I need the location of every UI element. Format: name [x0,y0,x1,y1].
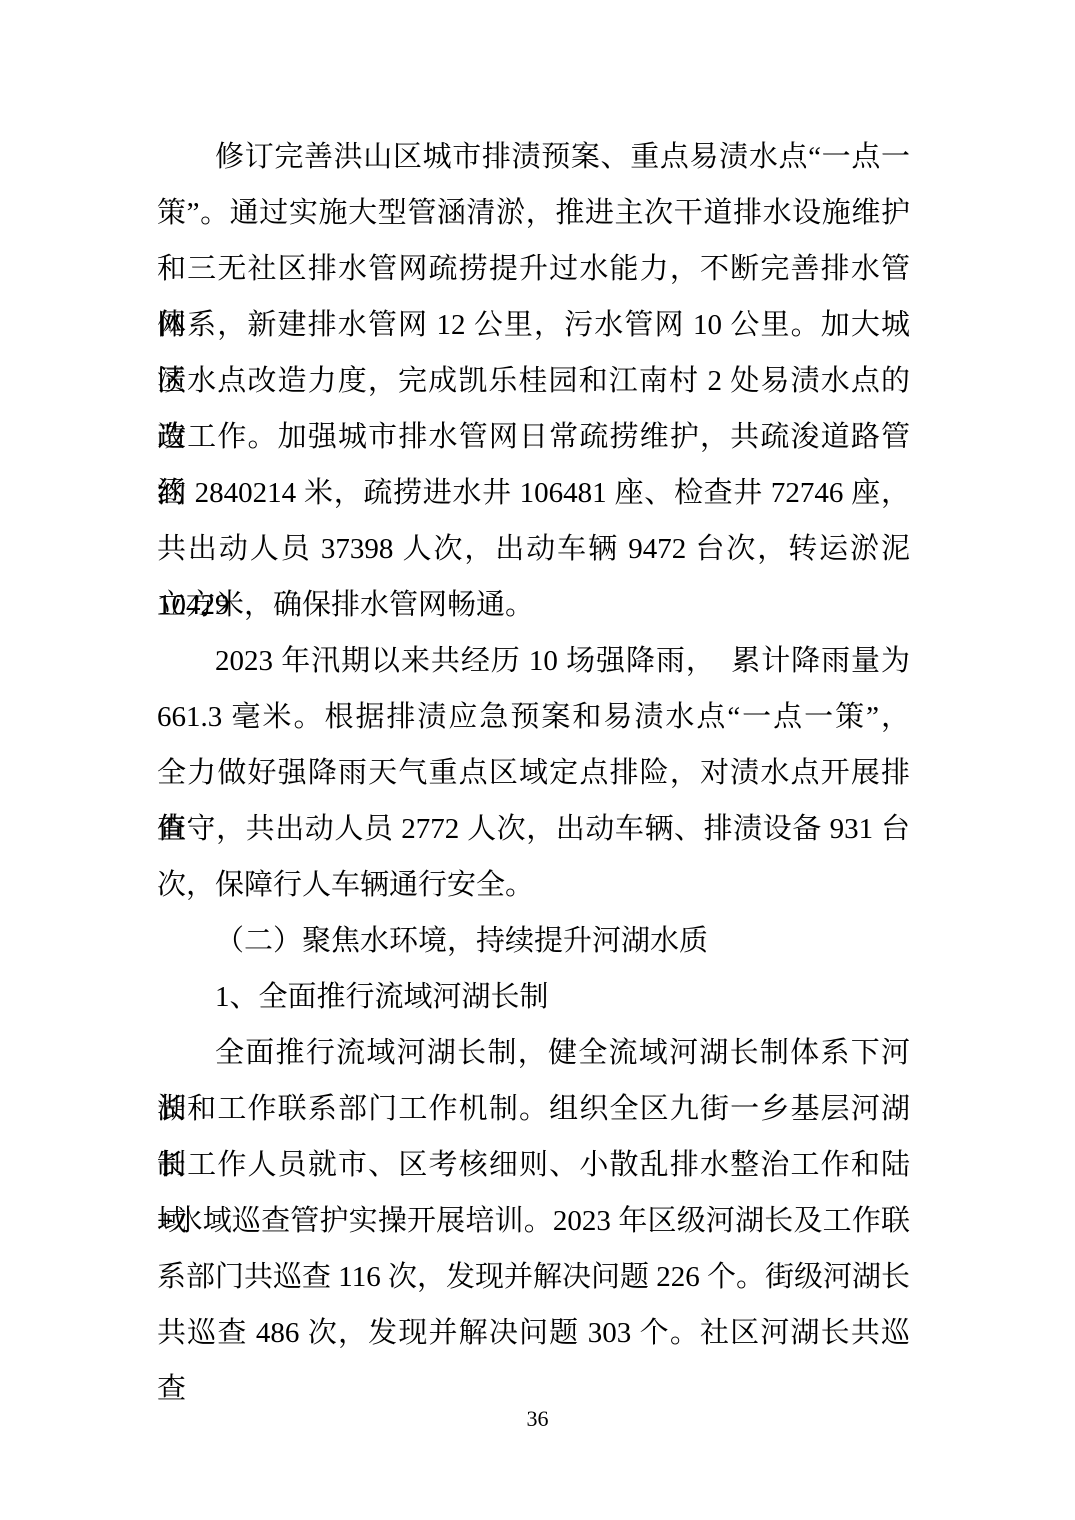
body-text-line: 次，保障行人车辆通行安全。 [157,857,910,913]
section-heading: （二）聚焦水环境，持续提升河湖水质 [157,913,910,969]
body-text-line: 系部门共巡查 116 次，发现并解决问题 226 个。街级河湖长 [157,1249,910,1305]
body-text-line: 值守，共出动人员 2772 人次，出动车辆、排渍设备 931 台 [157,801,910,857]
body-text-line: 全力做好强降雨天气重点区域定点排险，对渍水点开展排查 [157,745,910,801]
body-text-line: 造工作。加强城市排水管网日常疏捞维护，共疏浚道路管涵 [157,409,910,465]
body-text-line: 渍水点改造力度，完成凯乐桂园和江南村 2 处易渍水点的改 [157,353,910,409]
body-text-line: 和三无社区排水管网疏捞提升过水能力，不断完善排水管网 [157,241,910,297]
body-text-line: +水域巡查管护实操开展培训。2023 年区级河湖长及工作联 [157,1193,910,1249]
body-text-line: 体系，新建排水管网 12 公里，污水管网 10 公里。加大城区 [157,297,910,353]
body-text-line: 共出动人员 37398 人次，出动车辆 9472 台次，转运淤泥 10429 [157,521,910,577]
body-text-line: 制工作人员就市、区考核细则、小散乱排水整治工作和陆域 [157,1137,910,1193]
subsection-heading: 1、全面推行流域河湖长制 [157,969,910,1025]
body-text-line: 全面推行流域河湖长制，健全流域河湖长制体系下河湖 [157,1025,910,1081]
body-text-line: 共巡查 486 次，发现并解决问题 303 个。社区河湖长共巡查 [157,1305,910,1361]
body-text-line: 2023 年汛期以来共经历 10 场强降雨， 累计降雨量为 [157,633,910,689]
page-number: 36 [0,1405,1075,1433]
body-text-line: 立方米，确保排水管网畅通。 [157,577,910,633]
body-text-line: 修订完善洪山区城市排渍预案、重点易渍水点“一点一 [157,129,910,185]
body-text-line: 策”。通过实施大型管涵清淤，推进主次干道排水设施维护 [157,185,910,241]
body-text-line: 约 2840214 米，疏捞进水井 106481 座、检查井 72746 座， [157,465,910,521]
document-content: 修订完善洪山区城市排渍预案、重点易渍水点“一点一 策”。通过实施大型管涵清淤，推… [157,129,910,1361]
body-text-line: 长和工作联系部门工作机制。组织全区九街一乡基层河湖长 [157,1081,910,1137]
body-text-line: 661.3 毫米。根据排渍应急预案和易渍水点“一点一策”， [157,689,910,745]
document-page: 修订完善洪山区城市排渍预案、重点易渍水点“一点一 策”。通过实施大型管涵清淤，推… [0,0,1075,1520]
